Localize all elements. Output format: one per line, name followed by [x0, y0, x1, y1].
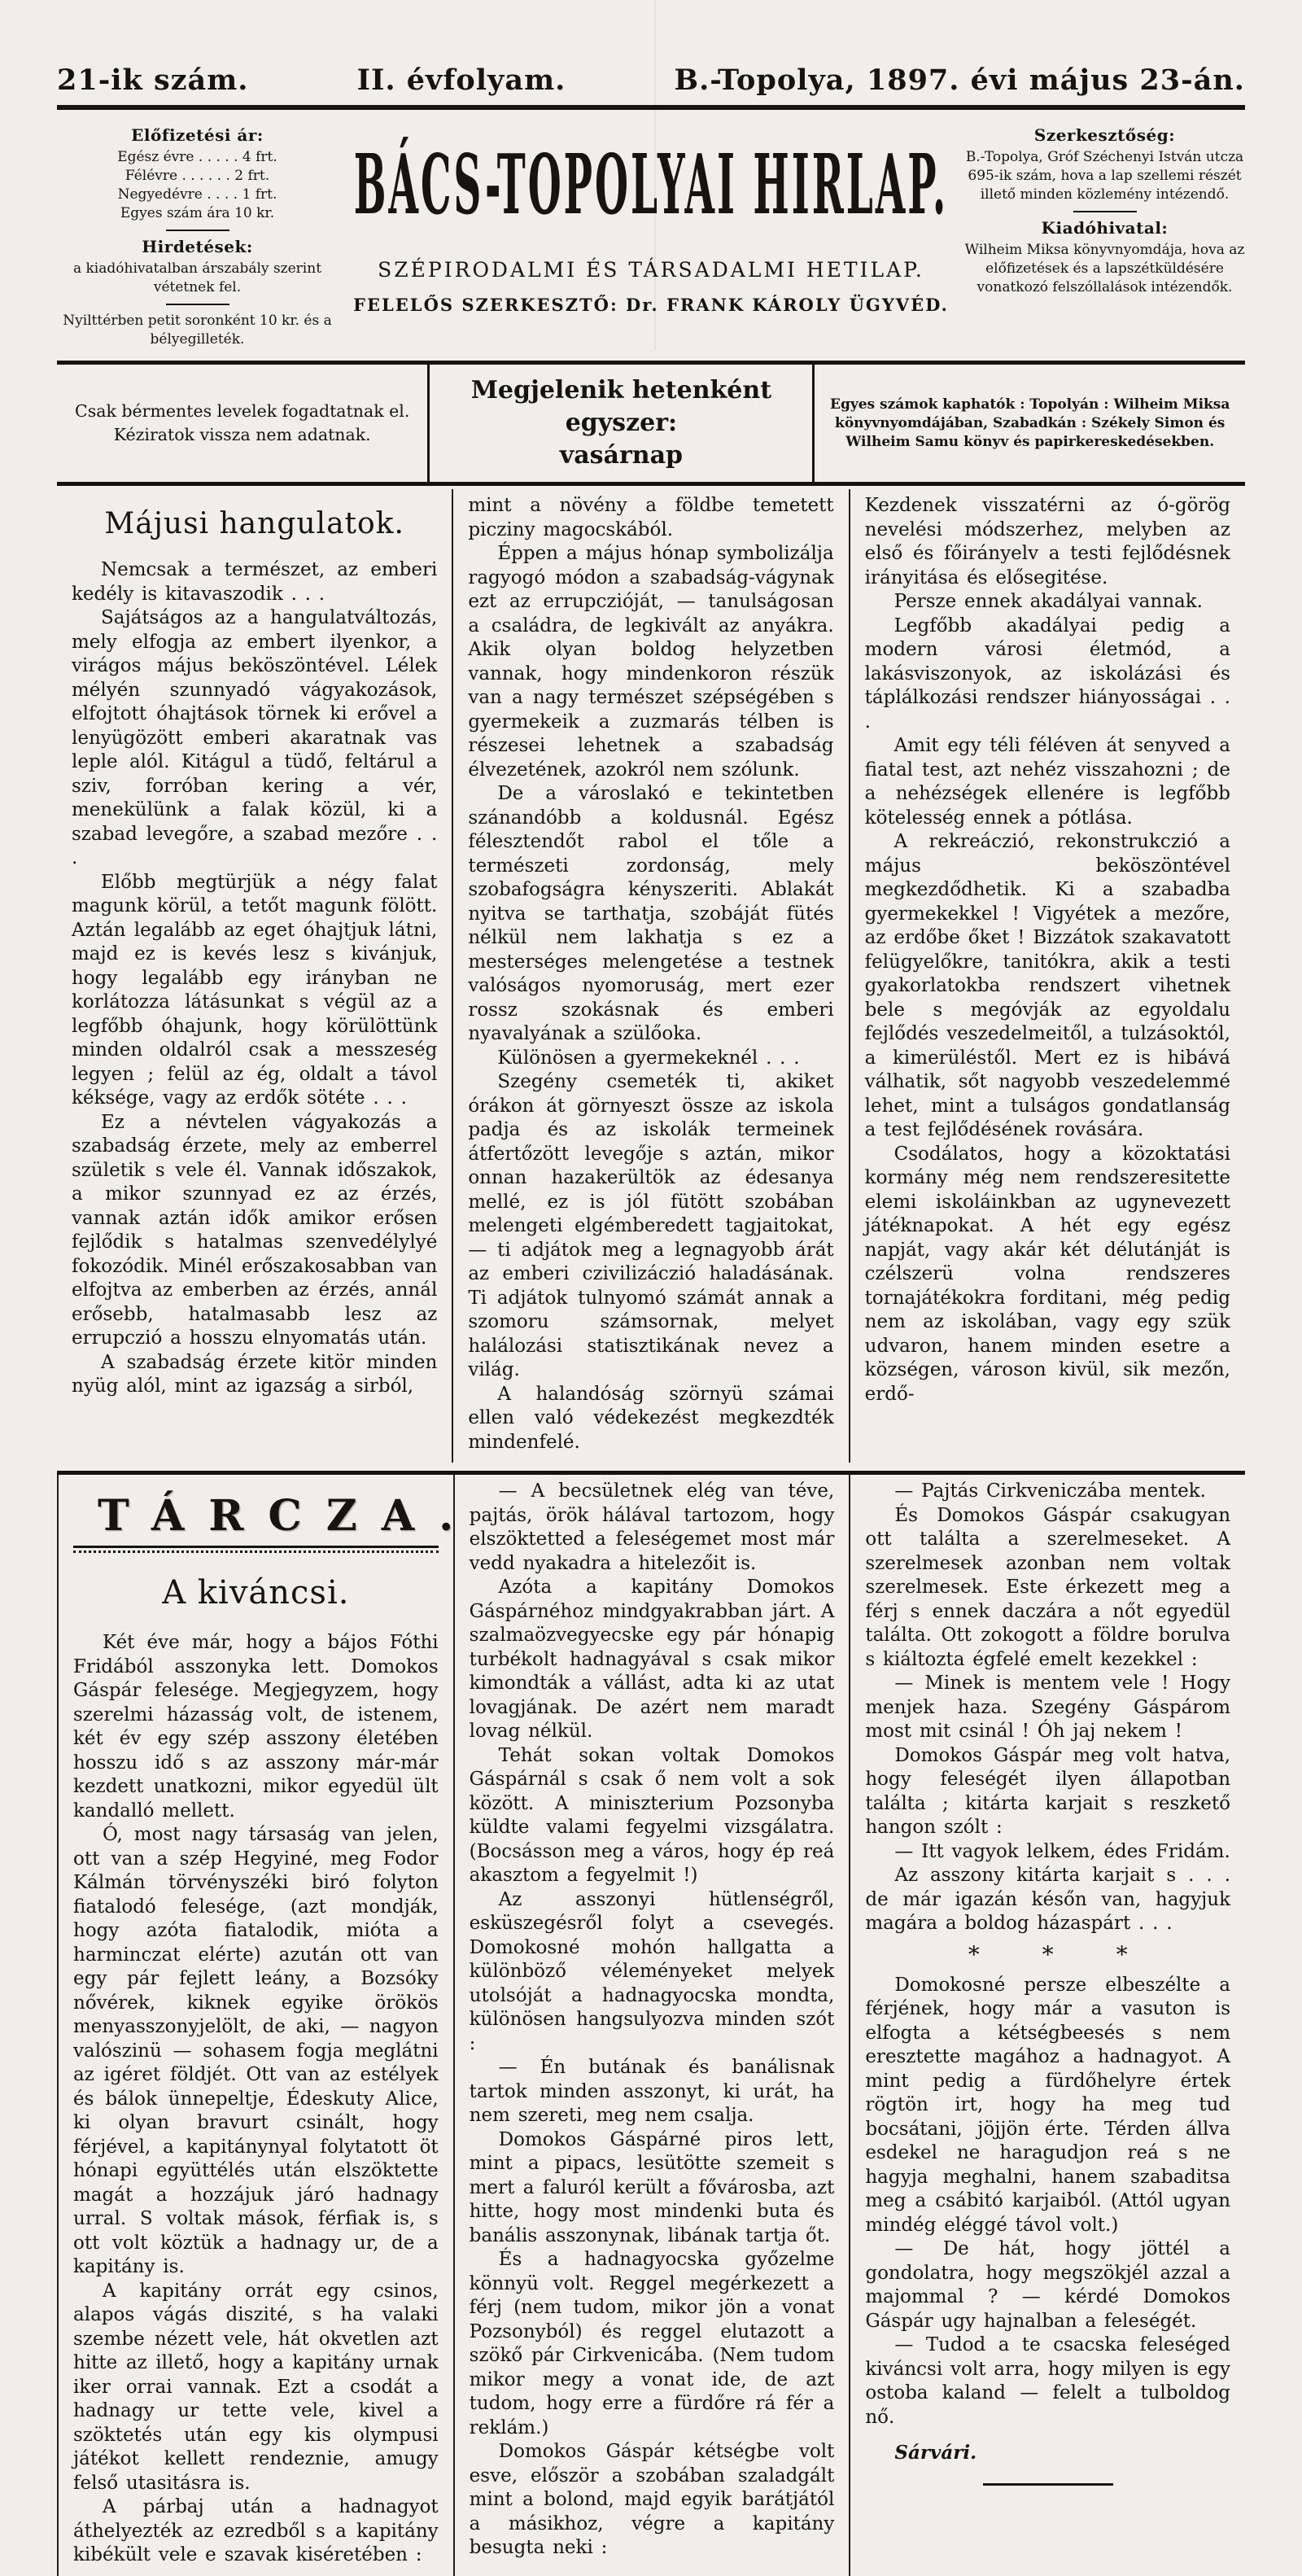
feuilleton-column-2: — A becsületnek elég van téve, pajtás, ö… — [453, 1475, 850, 2576]
volume-number: II. évfolyam. — [357, 63, 566, 97]
publisher-text: Wilheim Miksa könyvnyomdája, hova az elő… — [964, 241, 1245, 297]
paper-title: BÁCS-TOPOLYAI HIRLAP. — [354, 138, 948, 234]
story-paragraph: — Itt vagyok lelkem, édes Fridám. — [865, 1840, 1230, 1865]
schedule-line1: Megjelenik hetenként egyszer: — [443, 374, 799, 440]
article-paragraph: Előbb megtürjük a négy falat magunk körü… — [72, 871, 437, 1111]
editor-line: FELELŐS SZERKESZTŐ: Dr. FRANK KÁROLY ÜGY… — [338, 295, 964, 315]
article-column-3: Kezdenek visszatérni az ó-görög nevelési… — [849, 489, 1245, 1463]
story-paragraph: — De hát, hogy jöttél a gondolatra, hogy… — [865, 2237, 1230, 2333]
dateline: B.-Topolya, 1897. évi május 23-án. — [674, 63, 1245, 97]
paper-subtitle: SZÉPIRODALMI ÉS TÁRSADALMI HETILAP. — [338, 258, 964, 282]
story-paragraph: Ó, most nagy társaság van jelen, ott van… — [73, 1823, 439, 2280]
article-paragraph: Amit egy téli féléven át senyved a fiata… — [865, 734, 1230, 830]
article-paragraph: A szabadság érzete kitör minden nyüg aló… — [72, 1351, 437, 1399]
divider-rule — [166, 304, 229, 305]
story-paragraph: És a hadnagyocska győzelme könnyü volt. … — [470, 2248, 835, 2440]
info-bar: Csak bérmentes levelek fogadtatnak el. K… — [57, 361, 1245, 486]
story-paragraph: Domokosné persze elbeszélte a férjének, … — [865, 1974, 1230, 2238]
feuilleton-dotted-rule — [73, 1550, 439, 1553]
article-paragraph: Éppen a május hónap symbolizálja ragyogó… — [468, 542, 833, 782]
article-paragraph: Különösen a gyermekeknél . . . — [468, 1047, 833, 1071]
feuilleton-section: TÁRCZA. A kiváncsi. Két éve már, hogy a … — [57, 1471, 1245, 2576]
story-paragraph: Domokos Gáspár meg volt hatva, hogy fele… — [865, 1744, 1230, 1840]
publication-schedule: Megjelenik hetenként egyszer: vasárnap — [427, 365, 815, 482]
editorial-title: Szerkesztőség: — [964, 126, 1245, 145]
publisher-title: Kiadóhivatal: — [964, 219, 1245, 238]
article-paragraph: Legfőbb akadályai pedig a modern városi … — [865, 614, 1230, 735]
article-title: Májusi hangulatok. — [72, 507, 437, 540]
story-paragraph: — A becsületnek elég van téve, pajtás, ö… — [470, 1480, 835, 1576]
manuscript-notice: Csak bérmentes levelek fogadtatnak el. K… — [57, 365, 427, 482]
story-paragraph: Az asszonyi hütlenségről, esküszegésről … — [470, 1888, 835, 2057]
masthead-center: BÁCS-TOPOLYAI HIRLAP. SZÉPIRODALMI ÉS TÁ… — [338, 121, 964, 315]
price-quarter-year: Negyedévre . . . . 1 frt. — [57, 186, 338, 204]
price-half-year: Félévre . . . . . . 2 frt. — [57, 167, 338, 186]
divider-rule — [1073, 211, 1137, 212]
story-title: A kiváncsi. — [73, 1574, 439, 1612]
article-paragraph: De a városlakó e tekintetben szánandóbb … — [468, 782, 833, 1047]
article-paragraph: Persze ennek akadályai vannak. — [865, 590, 1230, 614]
story-paragraph: — Pajtás Cirkveniczába mentek. — [865, 1480, 1230, 1504]
story-paragraph: Azóta a kapitány Domokos Gáspárnéhoz min… — [470, 1576, 835, 1744]
story-end-rule — [983, 2483, 1113, 2486]
story-paragraph: — Én butának és banálisnak tartok minden… — [470, 2056, 835, 2128]
page-header: 21-ik szám. II. évfolyam. B.-Topolya, 18… — [0, 0, 1302, 105]
feuilleton-column-1: TÁRCZA. A kiváncsi. Két éve már, hogy a … — [57, 1475, 453, 2576]
open-column-text: Nyilttérben petit soronként 10 kr. és a … — [57, 312, 338, 349]
story-paragraph: Domokos Gáspárné piros lett, mint a pipa… — [470, 2128, 835, 2249]
story-paragraph: Tehát sokan voltak Domokos Gáspárnál s c… — [470, 1744, 835, 1888]
issue-number: 21-ik szám. — [57, 63, 248, 97]
article-paragraph: Nemcsak a természet, az emberi kedély is… — [72, 558, 437, 606]
subscription-title: Előfizetési ár: — [57, 126, 338, 145]
newspaper-page: 21-ik szám. II. évfolyam. B.-Topolya, 18… — [0, 0, 1302, 2576]
ads-text: a kiadóhivatalban árszabály szerint véte… — [57, 260, 338, 297]
ads-title: Hirdetések: — [57, 238, 338, 256]
article-paragraph: Csodálatos, hogy a közoktatási kormány m… — [865, 1143, 1230, 1407]
story-paragraph: Domokos Gáspár kétségbe volt esve, elősz… — [470, 2440, 835, 2561]
article-column-1: Májusi hangulatok. Nemcsak a természet, … — [57, 489, 452, 1463]
section-break-asterisks: * * * — [865, 1941, 1230, 1969]
price-full-year: Egész évre . . . . . 4 frt. — [57, 148, 338, 167]
editorial-text: B.-Topolya, Gróf Széchenyi István utcza … — [964, 148, 1245, 204]
feuilleton-masthead: TÁRCZA. — [73, 1491, 439, 1541]
author-signature: Sárvári. — [865, 2429, 1230, 2465]
feuilleton-rule — [73, 1546, 439, 1548]
article-paragraph: Szegény csemeték ti, akiket órákon át gö… — [468, 1070, 833, 1383]
schedule-line2: vasárnap — [443, 440, 799, 472]
story-paragraph: — Minek is mentem vele ! Hogy menjek haz… — [865, 1672, 1230, 1744]
story-paragraph: A párbaj után a hadnagyot áthelyezték az… — [73, 2495, 439, 2568]
article-paragraph: Kezdenek visszatérni az ó-görög nevelési… — [865, 494, 1230, 590]
article-paragraph: A rekreáczió, rekonstrukczió a május bek… — [865, 830, 1230, 1143]
story-paragraph: — Tudod a te csacska feleséged kiváncsi … — [865, 2333, 1230, 2429]
sales-points: Egyes számok kaphatók : Topolyán : Wilhe… — [815, 365, 1245, 482]
article-paragraph: A halandóság szörnyü számai ellen való v… — [468, 1383, 833, 1455]
story-paragraph: És Domokos Gáspár csakugyan ott találta … — [865, 1504, 1230, 1673]
feuilleton-column-3: — Pajtás Cirkveniczába mentek. És Domoko… — [849, 1475, 1245, 2576]
article-column-2: mint a növény a földbe temetett picziny … — [452, 489, 848, 1463]
subscription-box: Előfizetési ár: Egész évre . . . . . 4 f… — [57, 121, 338, 349]
lead-article: Májusi hangulatok. Nemcsak a természet, … — [57, 489, 1245, 1463]
paper-title-wrap: BÁCS-TOPOLYAI HIRLAP. — [338, 121, 964, 250]
masthead: Előfizetési ár: Egész évre . . . . . 4 f… — [0, 110, 1302, 354]
price-single-copy: Egyes szám ára 10 kr. — [57, 204, 338, 223]
editorial-box: Szerkesztőség: B.-Topolya, Gróf Szécheny… — [964, 121, 1245, 297]
story-paragraph: Az asszony kitárta karjait s . . . de má… — [865, 1864, 1230, 1936]
article-paragraph: mint a növény a földbe temetett picziny … — [468, 494, 833, 542]
story-paragraph: A kapitány orrát egy csinos, alapos vágá… — [73, 2280, 439, 2496]
divider-rule — [166, 230, 229, 231]
article-paragraph: Sajátságos az a hangulatváltozás, mely e… — [72, 606, 437, 871]
story-paragraph: Két éve már, hogy a bájos Fóthi Fridából… — [73, 1631, 439, 1823]
article-paragraph: Ez a névtelen vágyakozás a szabadság érz… — [72, 1111, 437, 1351]
